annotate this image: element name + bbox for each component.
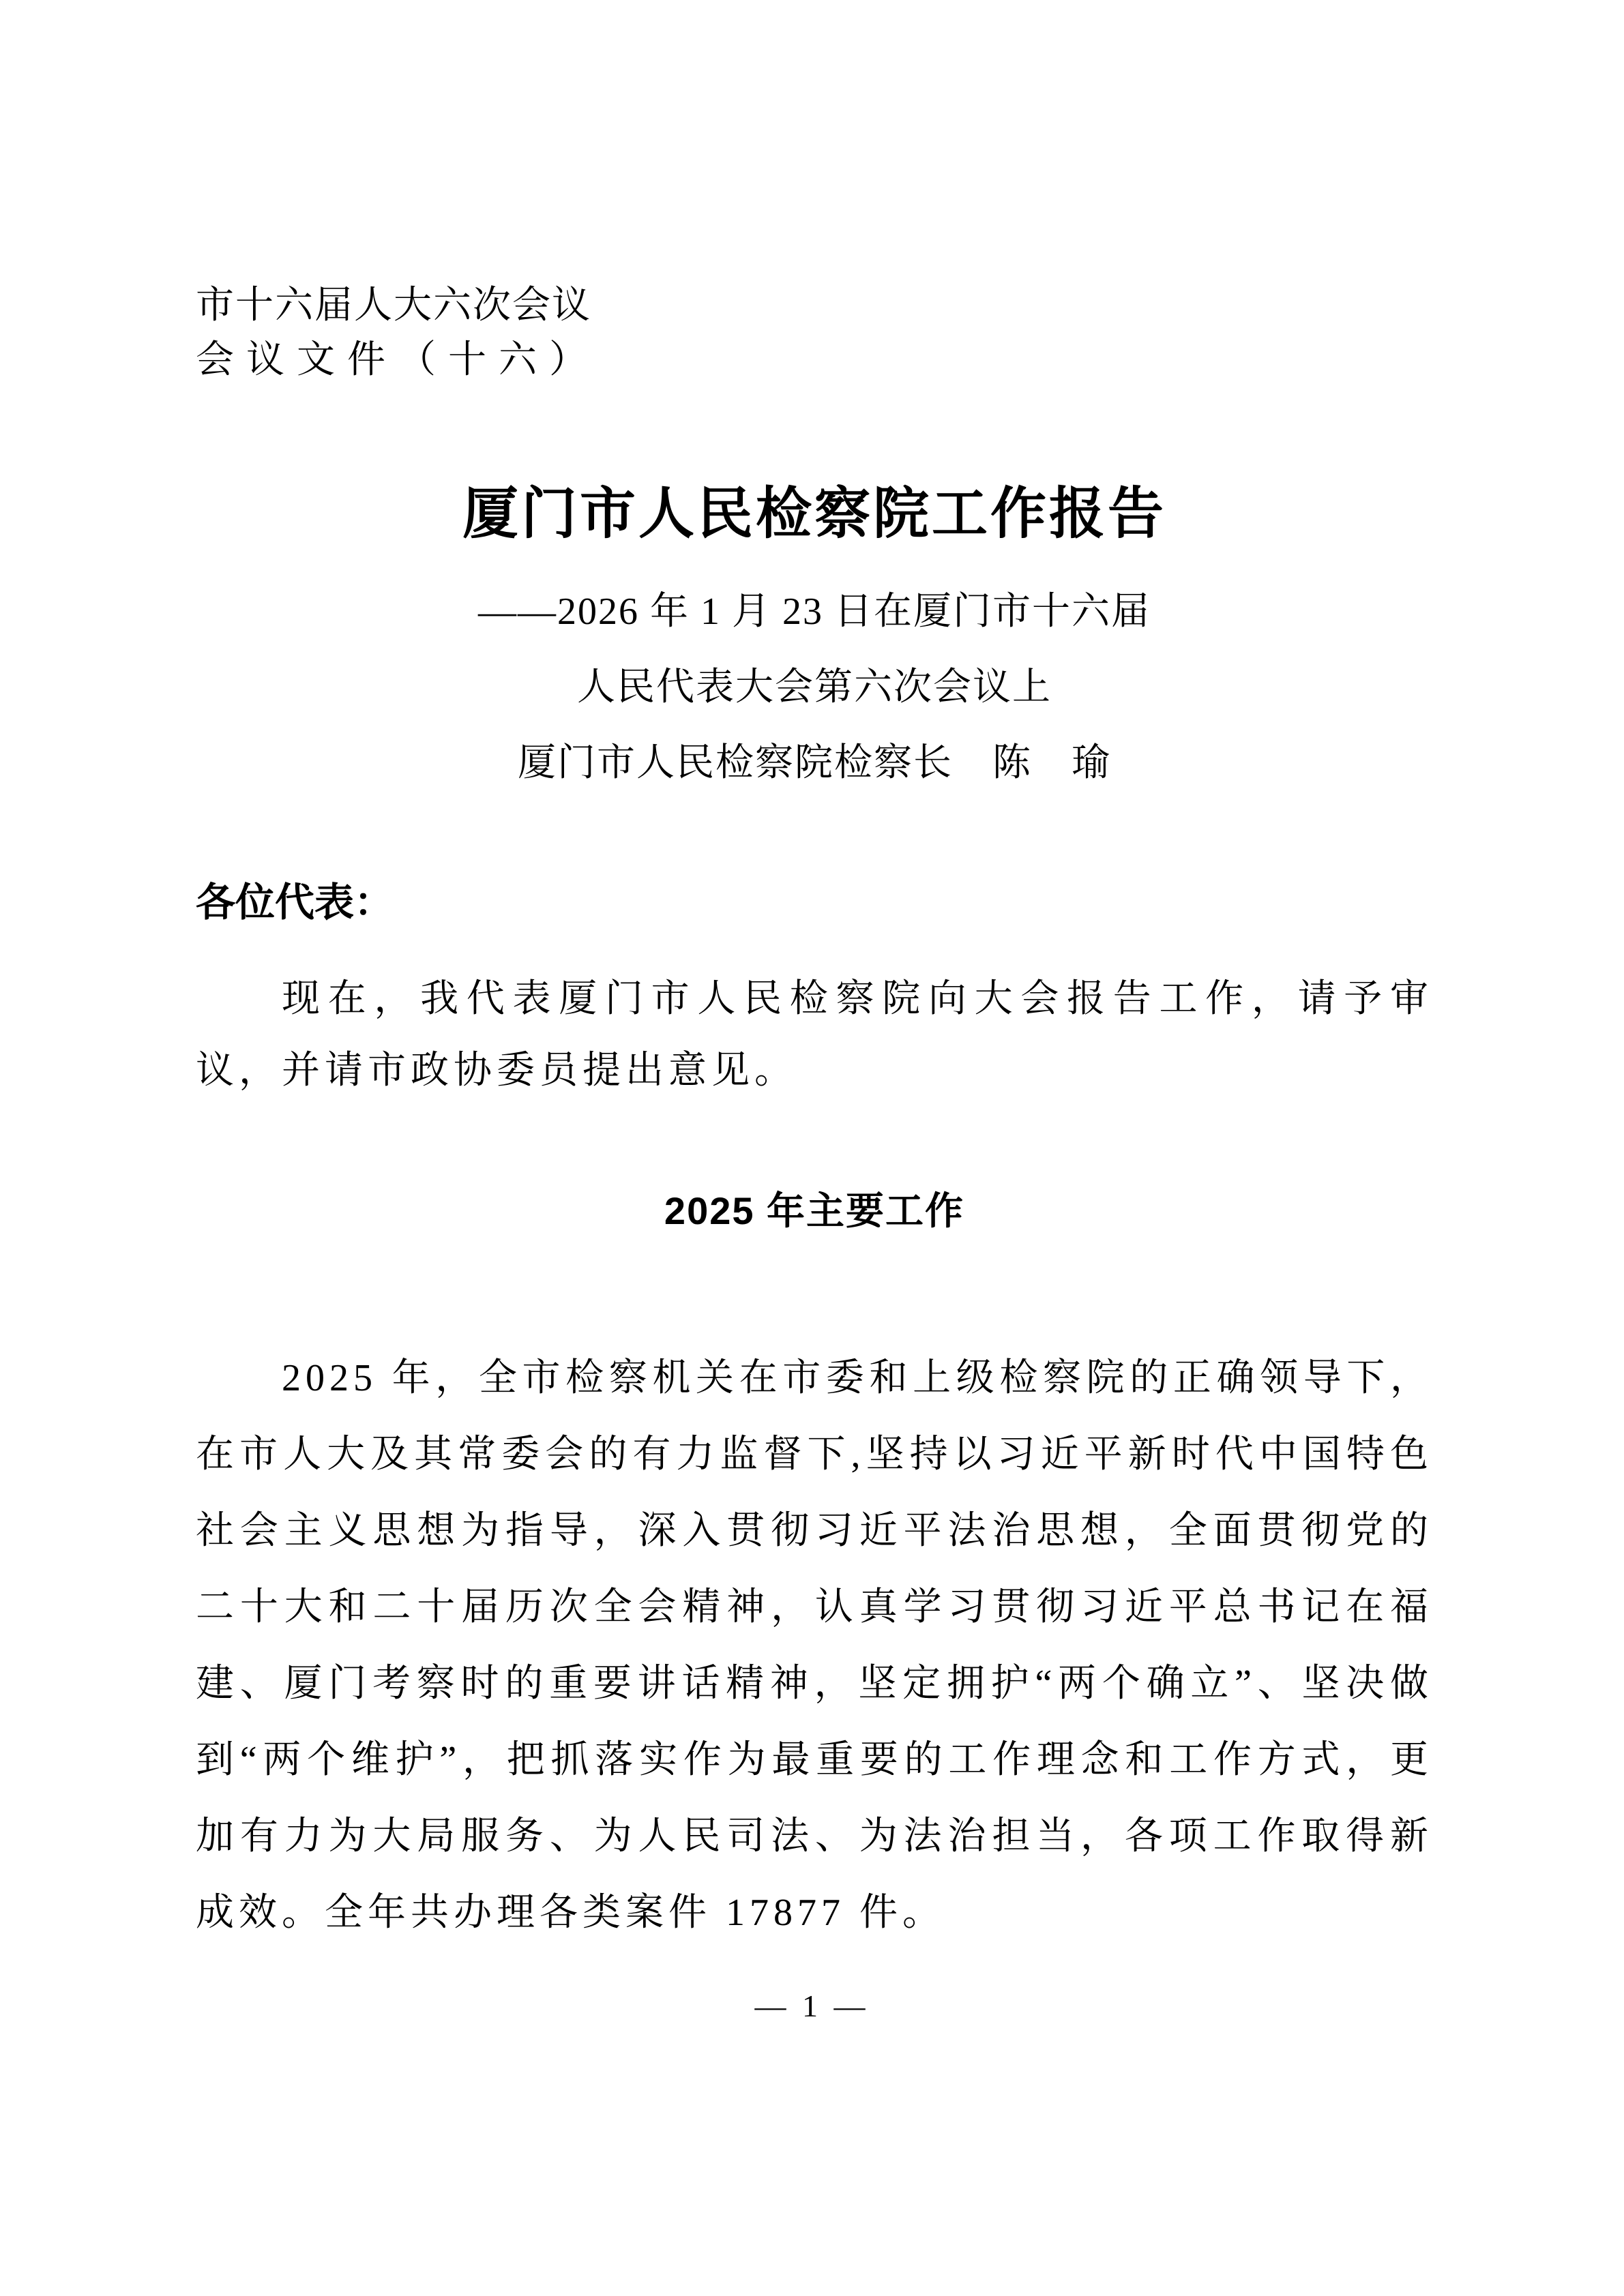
meeting-session-line: 市十六届人大六次会议 bbox=[196, 278, 1433, 333]
section-heading-2025-main-work: 2025 年主要工作 bbox=[196, 1183, 1433, 1239]
body-paragraph: 2025 年，全市检察机关在市委和上级检察院的正确领导下，在市人大及其常委会的有… bbox=[196, 1340, 1433, 1951]
salutation: 各位代表： bbox=[196, 875, 1433, 931]
subtitle-speaker-line: 厦门市人民检察院检察长 陈 瑜 bbox=[196, 726, 1433, 801]
page-number: — 1 — bbox=[0, 1988, 1624, 2024]
report-subtitle: ——2026 年 1 月 23 日在厦门市十六届 人民代表大会第六次会议上 厦门… bbox=[196, 574, 1433, 801]
subtitle-date-line: ——2026 年 1 月 23 日在厦门市十六届 bbox=[196, 574, 1433, 650]
intro-paragraph: 现在，我代表厦门市人民检察院向大会报告工作，请予审议，并请市政协委员提出意见。 bbox=[196, 964, 1433, 1107]
report-title: 厦门市人民检察院工作报告 bbox=[196, 476, 1433, 552]
document-page: 市十六届人大六次会议 会 议 文 件 （ 十 六 ） 厦门市人民检察院工作报告 … bbox=[0, 0, 1624, 2296]
meeting-document-number-line: 会 议 文 件 （ 十 六 ） bbox=[196, 333, 1433, 387]
subtitle-congress-line: 人民代表大会第六次会议上 bbox=[196, 650, 1433, 726]
meeting-header: 市十六届人大六次会议 会 议 文 件 （ 十 六 ） bbox=[196, 278, 1433, 387]
